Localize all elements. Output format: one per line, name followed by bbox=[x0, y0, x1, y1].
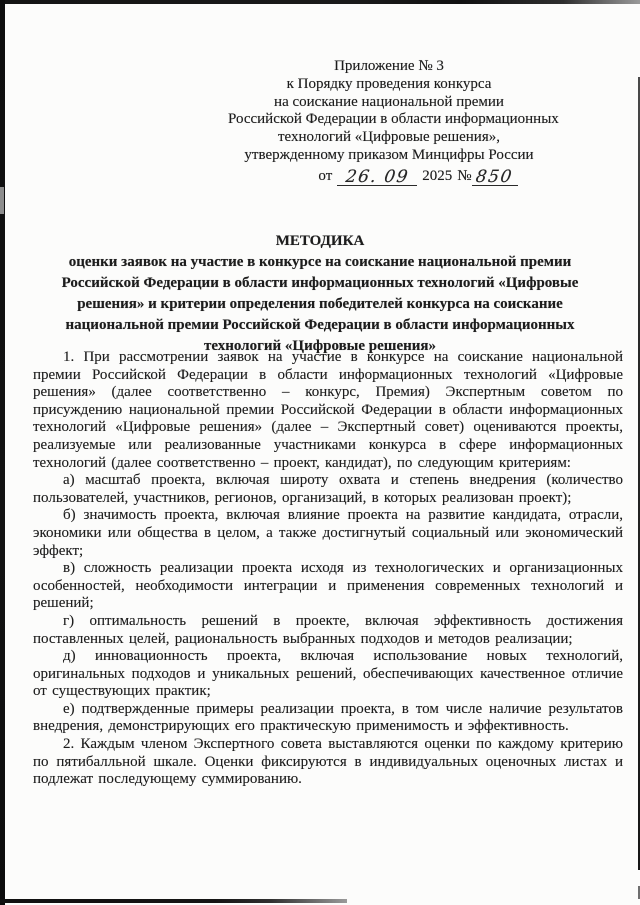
scan-artifact-bottom-edge bbox=[0, 899, 347, 903]
date-line: от 26. 09 2025 № 850 bbox=[257, 166, 579, 186]
number-sign: № bbox=[457, 168, 471, 186]
appendix-line-3: на соискание национальной премии bbox=[228, 94, 550, 112]
intro-paragraph: 1. При рассмотрении заявок на участие в … bbox=[33, 349, 623, 472]
date-prefix: от bbox=[318, 168, 332, 186]
handwritten-number: 850 bbox=[475, 169, 514, 185]
appendix-line-4: Российской Федерации в области информаци… bbox=[228, 111, 550, 129]
document-sheet: Приложение № 3 к Порядку проведения конк… bbox=[0, 0, 640, 905]
date-blank-underline: 26. 09 bbox=[337, 168, 417, 186]
scan-artifact-top-edge bbox=[0, 0, 640, 4]
criterion-b: б) значимость проекта, включая влияние п… bbox=[33, 507, 623, 560]
scan-artifact-left-edge bbox=[0, 0, 5, 905]
doc-title: МЕТОДИКА bbox=[60, 231, 580, 252]
appendix-line-2: к Порядку проведения конкурса bbox=[228, 76, 550, 94]
appendix-line-1: Приложение № 3 bbox=[228, 58, 550, 76]
criterion-d: д) инновационность проекта, включая испо… bbox=[33, 648, 623, 701]
criterion-a: а) масштаб проекта, включая широту охват… bbox=[33, 472, 623, 507]
doc-subtitle: оценки заявок на участие в конкурсе на с… bbox=[60, 252, 580, 357]
appendix-line-6: утвержденному приказом Минцифры России bbox=[228, 147, 550, 165]
criterion-g: г) оптимальность решений в проекте, вклю… bbox=[33, 613, 623, 648]
scoring-paragraph: 2. Каждым членом Экспертного совета выст… bbox=[33, 736, 623, 789]
title-block: МЕТОДИКА оценки заявок на участие в конк… bbox=[60, 231, 580, 357]
criterion-v: в) сложность реализации проекта исходя и… bbox=[33, 560, 623, 613]
number-blank-underline: 850 bbox=[472, 168, 518, 186]
appendix-block: Приложение № 3 к Порядку проведения конк… bbox=[228, 58, 550, 186]
criterion-e: е) подтвержденные примеры реализации про… bbox=[33, 701, 623, 736]
document-body: 1. При рассмотрении заявок на участие в … bbox=[33, 349, 623, 789]
appendix-line-5: технологий «Цифровые решения», bbox=[228, 129, 550, 147]
scan-artifact-left-notch bbox=[0, 187, 4, 214]
handwritten-date: 26. 09 bbox=[344, 169, 409, 185]
year-text: 2025 bbox=[422, 168, 452, 186]
